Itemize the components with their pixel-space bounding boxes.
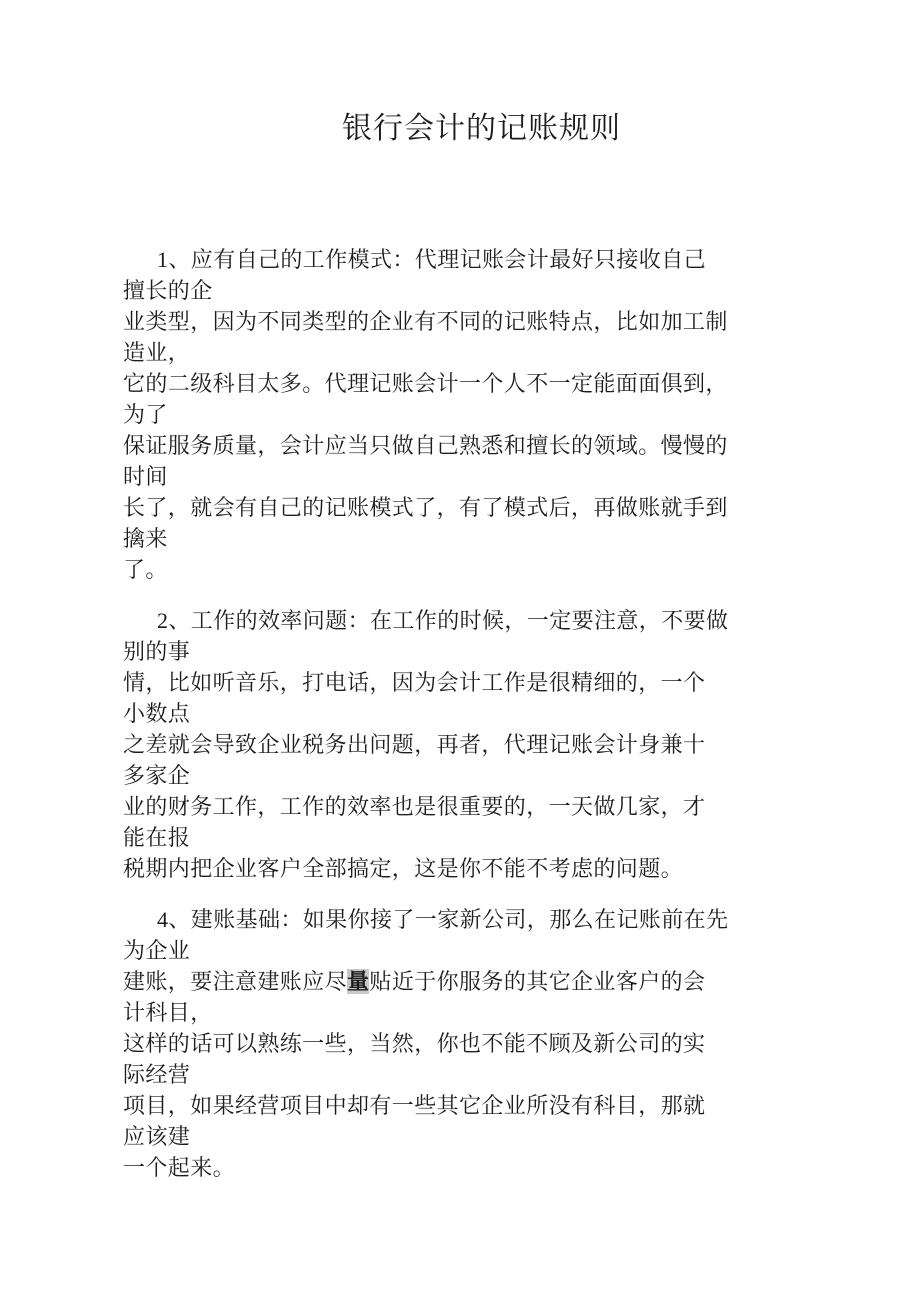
text-segment: 1、应有自己的工作模式：代理记账会计最好只接收自己 (157, 247, 706, 272)
paragraph: 业的财务工作，工作的效率也是很重要的，一天做几家，才能在报 (123, 791, 823, 853)
document-page: 银行会计的记账规则 1、应有自己的工作模式：代理记账会计最好只接收自己擅长的企业… (0, 0, 921, 1303)
text-line: 之差就会导致企业税务出问题，再者，代理记账会计身兼十 (123, 729, 823, 760)
text-line: 1、应有自己的工作模式：代理记账会计最好只接收自己 (123, 244, 823, 275)
text-segment: 多家企 (123, 763, 190, 788)
text-line: 多家企 (123, 760, 823, 791)
text-line: 业类型，因为不同类型的企业有不同的记账特点，比如加工制 (123, 306, 823, 337)
text-segment: 保证服务质量，会计应当只做自己熟悉和擅长的领域。慢慢的 (123, 433, 728, 458)
text-segment: 长了，就会有自己的记账模式了，有了模式后，再做账就手到 (123, 495, 728, 520)
paragraph: 这样的话可以熟练一些，当然，你也不能不顾及新公司的实际经营 (123, 1028, 823, 1090)
text-segment: 建账，要注意建账应尽 (123, 969, 347, 994)
text-segment: 际经营 (123, 1062, 190, 1087)
text-line: 造业， (123, 337, 823, 368)
text-segment: 2、工作的效率问题：在工作的时候，一定要注意，不要做 (157, 608, 728, 633)
text-line: 长了，就会有自己的记账模式了，有了模式后，再做账就手到 (123, 492, 823, 523)
text-line: 业的财务工作，工作的效率也是很重要的，一天做几家，才 (123, 791, 823, 822)
text-line: 项目，如果经营项目中却有一些其它企业所没有科目，那就 (123, 1090, 823, 1121)
paragraph: 它的二级科目太多。代理记账会计一个人不一定能面面俱到，为了 (123, 368, 823, 430)
paragraph: 1、应有自己的工作模式：代理记账会计最好只接收自己擅长的企 (123, 244, 823, 306)
text-segment: 贴近于你服务的其它企业客户的会 (369, 969, 705, 994)
paragraph: 2、工作的效率问题：在工作的时候，一定要注意，不要做别的事 (123, 605, 823, 667)
text-line: 情，比如听音乐，打电话，因为会计工作是很精细的，一个 (123, 667, 823, 698)
text-segment: 了。 (123, 557, 168, 582)
text-segment: 计科目， (123, 1000, 213, 1025)
text-line: 2、工作的效率问题：在工作的时候，一定要注意，不要做 (123, 605, 823, 636)
text-segment: 为企业 (123, 938, 190, 963)
text-line: 这样的话可以熟练一些，当然，你也不能不顾及新公司的实 (123, 1028, 823, 1059)
document-body: 1、应有自己的工作模式：代理记账会计最好只接收自己擅长的企业类型，因为不同类型的… (123, 244, 823, 1183)
paragraph: 建账，要注意建账应尽量贴近于你服务的其它企业客户的会计科目， (123, 966, 823, 1028)
paragraph: 业类型，因为不同类型的企业有不同的记账特点，比如加工制造业， (123, 306, 823, 368)
text-line: 计科目， (123, 997, 823, 1028)
text-line: 际经营 (123, 1059, 823, 1090)
text-line: 一个起来。 (123, 1152, 823, 1183)
text-line: 它的二级科目太多。代理记账会计一个人不一定能面面俱到， (123, 368, 823, 399)
text-line: 为了 (123, 399, 823, 430)
text-segment: 情，比如听音乐，打电话，因为会计工作是很精细的，一个 (123, 670, 705, 695)
document-title: 银行会计的记账规则 (0, 0, 921, 148)
text-segment: 业类型，因为不同类型的企业有不同的记账特点，比如加工制 (123, 309, 728, 334)
text-line: 保证服务质量，会计应当只做自己熟悉和擅长的领域。慢慢的 (123, 430, 823, 461)
text-segment: 项目，如果经营项目中却有一些其它企业所没有科目，那就 (123, 1093, 705, 1118)
text-segment: 能在报 (123, 825, 190, 850)
paragraph: 一个起来。 (123, 1152, 823, 1183)
text-segment: 为了 (123, 402, 168, 427)
text-segment: 别的事 (123, 639, 190, 664)
text-segment: 擒来 (123, 526, 168, 551)
text-segment: 小数点 (123, 701, 190, 726)
text-line: 小数点 (123, 698, 823, 729)
text-line: 能在报 (123, 822, 823, 853)
text-segment: 这样的话可以熟练一些，当然，你也不能不顾及新公司的实 (123, 1031, 705, 1056)
paragraph: 之差就会导致企业税务出问题，再者，代理记账会计身兼十多家企 (123, 729, 823, 791)
text-segment: 它的二级科目太多。代理记账会计一个人不一定能面面俱到， (123, 371, 728, 396)
paragraph: 情，比如听音乐，打电话，因为会计工作是很精细的，一个小数点 (123, 667, 823, 729)
text-line: 税期内把企业客户全部搞定，这是你不能不考虑的问题。 (123, 853, 823, 884)
text-segment: 时间 (123, 464, 168, 489)
text-segment: 业的财务工作，工作的效率也是很重要的，一天做几家，才 (123, 794, 705, 819)
paragraph: 保证服务质量，会计应当只做自己熟悉和擅长的领域。慢慢的时间 (123, 430, 823, 492)
text-line: 建账，要注意建账应尽量贴近于你服务的其它企业客户的会 (123, 966, 823, 997)
text-segment: 一个起来。 (123, 1155, 235, 1180)
text-segment: 造业， (123, 340, 190, 365)
text-line: 了。 (123, 554, 823, 585)
paragraph: 项目，如果经营项目中却有一些其它企业所没有科目，那就应该建 (123, 1090, 823, 1152)
paragraph: 了。 (123, 554, 823, 585)
text-segment: 税期内把企业客户全部搞定，这是你不能不考虑的问题。 (123, 856, 683, 881)
text-segment: 擅长的企 (123, 278, 213, 303)
text-segment: 之差就会导致企业税务出问题，再者，代理记账会计身兼十 (123, 732, 705, 757)
text-line: 4、建账基础：如果你接了一家新公司，那么在记账前在先 (123, 904, 823, 935)
highlighted-text: 量 (347, 969, 369, 994)
text-segment: 4、建账基础：如果你接了一家新公司，那么在记账前在先 (157, 907, 728, 932)
paragraph: 长了，就会有自己的记账模式了，有了模式后，再做账就手到擒来 (123, 492, 823, 554)
paragraph: 税期内把企业客户全部搞定，这是你不能不考虑的问题。 (123, 853, 823, 884)
text-line: 擒来 (123, 523, 823, 554)
text-line: 擅长的企 (123, 275, 823, 306)
text-line: 别的事 (123, 636, 823, 667)
text-line: 为企业 (123, 935, 823, 966)
text-line: 时间 (123, 461, 823, 492)
paragraph: 4、建账基础：如果你接了一家新公司，那么在记账前在先为企业 (123, 904, 823, 966)
text-segment: 应该建 (123, 1124, 190, 1149)
text-line: 应该建 (123, 1121, 823, 1152)
